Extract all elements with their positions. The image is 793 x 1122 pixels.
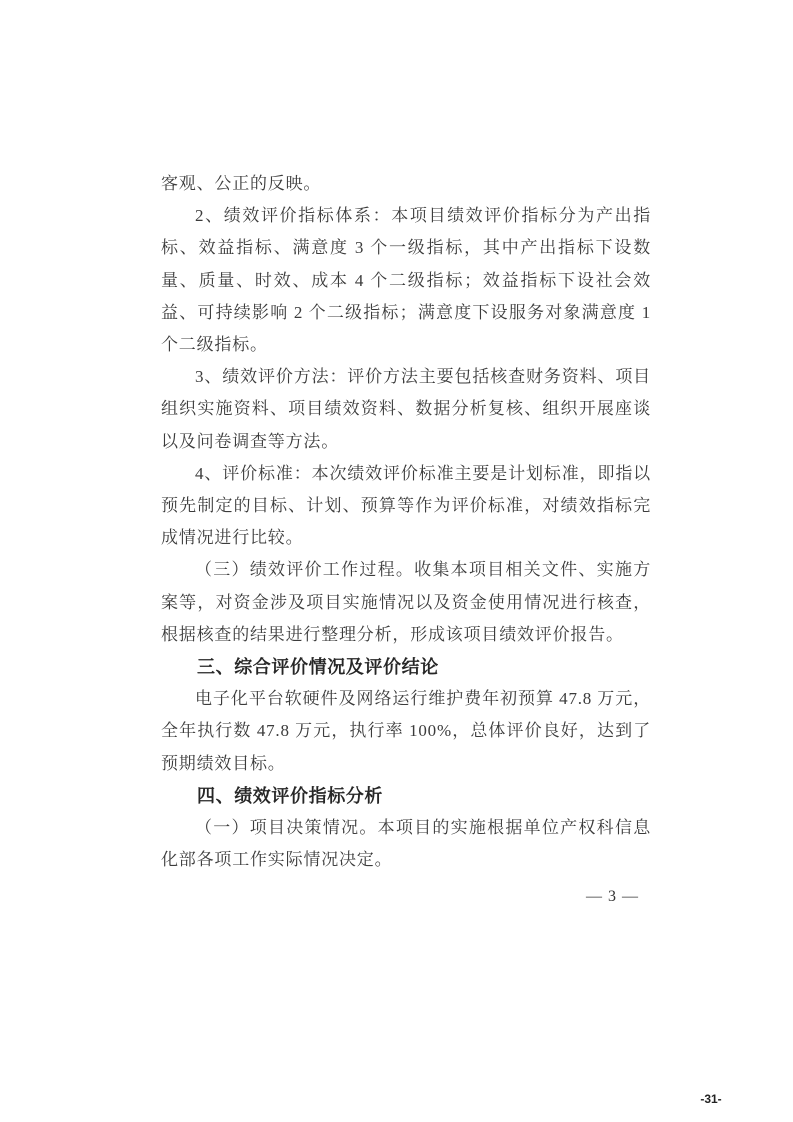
paragraph-project-decision: （一）项目决策情况。本项目的实施根据单位产权科信息化部各项工作实际情况决定。 xyxy=(161,812,651,876)
section-heading-indicator-analysis: 四、绩效评价指标分析 xyxy=(161,780,651,812)
paragraph-indicator-system: 2、绩效评价指标体系：本项目绩效评价指标分为产出指标、效益指标、满意度 3 个一… xyxy=(161,200,651,361)
paragraph-evaluation-method: 3、绩效评价方法：评价方法主要包括核查财务资料、项目组织实施资料、项目绩效资料、… xyxy=(161,361,651,458)
section-heading-comprehensive-evaluation: 三、综合评价情况及评价结论 xyxy=(161,651,651,683)
footer-page-number: -31- xyxy=(689,1092,733,1106)
page-body-text: 客观、公正的反映。 2、绩效评价指标体系：本项目绩效评价指标分为产出指标、效益指… xyxy=(161,168,651,876)
paragraph-evaluation-conclusion: 电子化平台软硬件及网络运行维护费年初预算 47.8 万元，全年执行数 47.8 … xyxy=(161,683,651,780)
paragraph-continuation: 客观、公正的反映。 xyxy=(161,168,651,200)
page-number: — 3 — xyxy=(161,888,639,906)
paragraph-evaluation-standard: 4、评价标准：本次绩效评价标准主要是计划标准，即指以预先制定的目标、计划、预算等… xyxy=(161,458,651,555)
document-page: 客观、公正的反映。 2、绩效评价指标体系：本项目绩效评价指标分为产出指标、效益指… xyxy=(0,0,793,1122)
paragraph-work-process: （三）绩效评价工作过程。收集本项目相关文件、实施方案等，对资金涉及项目实施情况以… xyxy=(161,554,651,651)
